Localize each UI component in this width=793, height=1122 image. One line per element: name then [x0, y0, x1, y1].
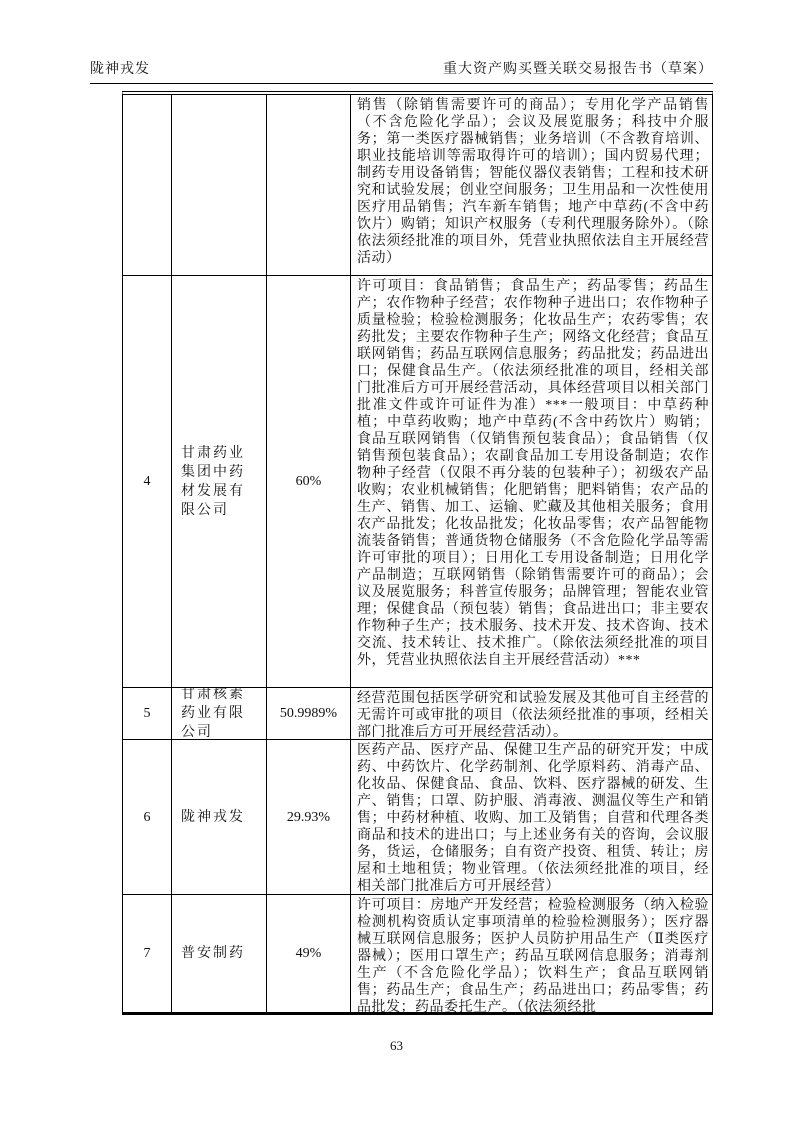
ratio-cell: [266, 95, 350, 275]
page-header: 陇神戎发 重大资产购买暨关联交易报告书（草案）: [90, 58, 713, 84]
scope-cell: 销售（除销售需要许可的商品）；专用化学产品销售（不含危险化学品）；会议及展览服务…: [350, 95, 712, 275]
scope-cell: 许可项目：食品销售；食品生产；药品零售；药品生产；农作物种子经营；农作物种子进出…: [350, 276, 712, 687]
company-cell: 陇神戎发: [171, 740, 266, 894]
table-row-5: 5 甘肃核素药业有限公司 50.9989% 经营范围包括医学研究和试验发展及其他…: [123, 687, 712, 739]
table-row-6: 6 陇神戎发 29.93% 医药产品、医疗产品、保健卫生产品的研究开发；中成药、…: [123, 739, 712, 894]
header-right-title: 重大资产购买暨关联交易报告书（草案）: [443, 58, 713, 78]
ratio-cell: 49%: [266, 895, 350, 1012]
seq-cell: 4: [123, 276, 171, 687]
company-cell: 普安制药: [171, 895, 266, 1012]
scope-cell: 医药产品、医疗产品、保健卫生产品的研究开发；中成药、中药饮片、化学药制剂、化学原…: [350, 740, 712, 894]
scope-cell: 许可项目：房地产开发经营；检验检测服务（纳入检验检测机构资质认定事项清单的检验检…: [350, 895, 712, 1012]
table-row-4: 4 甘肃药业集团中药材发展有限公司 60% 许可项目：食品销售；食品生产；药品零…: [123, 275, 712, 687]
ratio-cell: 29.93%: [266, 740, 350, 894]
seq-cell: 6: [123, 740, 171, 894]
ratio-cell: 60%: [266, 276, 350, 687]
seq-cell: [123, 95, 171, 275]
shareholding-table: 销售（除销售需要许可的商品）；专用化学产品销售（不含危险化学品）；会议及展览服务…: [122, 91, 713, 1015]
page-number: 63: [0, 1038, 793, 1054]
company-cell: [171, 95, 266, 275]
company-cell: 甘肃药业集团中药材发展有限公司: [171, 276, 266, 687]
seq-cell: 5: [123, 688, 171, 739]
header-left-title: 陇神戎发: [90, 58, 150, 78]
table-row-continued: 销售（除销售需要许可的商品）；专用化学产品销售（不含危险化学品）；会议及展览服务…: [123, 95, 712, 275]
scope-cell: 经营范围包括医学研究和试验发展及其他可自主经营的无需许可或审批的项目（依法须经批…: [350, 688, 712, 739]
table-row-7: 7 普安制药 49% 许可项目：房地产开发经营；检验检测服务（纳入检验检测机构资…: [123, 894, 712, 1012]
ratio-cell: 50.9989%: [266, 688, 350, 739]
company-cell: 甘肃核素药业有限公司: [171, 688, 266, 739]
seq-cell: 7: [123, 895, 171, 1012]
